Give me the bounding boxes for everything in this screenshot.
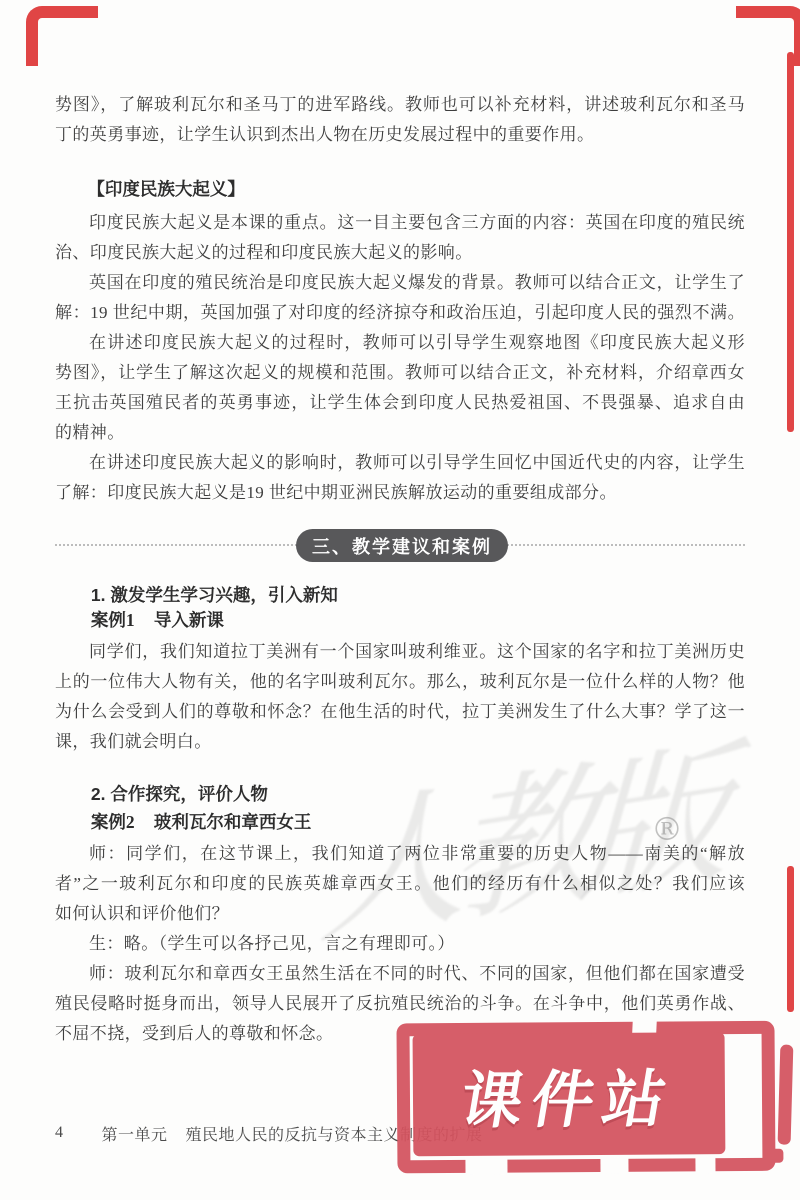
text-line: 殖民侵略时挺身而出，领导人民展开了反抗殖民统治的斗争。在斗争中，他们英勇作战、 [55, 989, 745, 1019]
text-line: 英国在印度的殖民统治是印度民族大起义爆发的背景。教师可以结合正文，让学生了 [55, 268, 745, 298]
text-line: 为什么会受到人们的尊敬和怀念？在他生活的时代，拉丁美洲发生了什么大事？学了这一 [55, 697, 745, 727]
stamp-frame-dab [778, 1045, 794, 1145]
intro-paragraph: 势图》，了解玻利瓦尔和圣马丁的进军路线。教师也可以补充材料，讲述玻利瓦尔和圣马 … [55, 90, 745, 150]
subsection-heading-2: 2. 合作探究，评价人物 [55, 781, 781, 807]
text-line: 课，我们就会明白。 [55, 727, 745, 757]
case1-title: 导入新课 [154, 610, 224, 630]
text-line: 的精神。 [55, 418, 745, 448]
case2-title: 玻利瓦尔和章西女王 [154, 812, 312, 832]
text-line: 如何认识和评价他们？ [55, 899, 745, 929]
page-number: 4 [55, 1124, 64, 1142]
text-line: 了解：印度民族大起义是19 世纪中期亚洲民族解放运动的重要组成部分。 [55, 478, 745, 508]
text-line: 印度民族大起义是本课的重点。这一目主要包含三方面的内容：英国在印度的殖民统 [55, 208, 745, 238]
frame-right-edge-line-upper [787, 52, 794, 432]
frame-right-edge-line-lower [787, 866, 794, 1012]
case1-label: 案例1 [91, 610, 135, 630]
case2-heading: 案例2玻利瓦尔和章西女王 [55, 809, 781, 835]
text-line: 者”之一玻利瓦尔和印度的民族英雄章西女王。他们的经历有什么相似之处？我们应该 [55, 869, 745, 899]
text-line: 师：同学们，在这节课上，我们知道了两位非常重要的历史人物——南美的“解放 [55, 839, 745, 869]
case2-label: 案例2 [91, 812, 135, 832]
text-line: 同学们，我们知道拉丁美洲有一个国家叫玻利维亚。这个国家的名字和拉丁美洲历史 [55, 637, 745, 667]
text-line: 生：略。（学生可以各抒己见，言之有理即可。） [55, 929, 745, 959]
text-line: 势图》，了解玻利瓦尔和圣马丁的进军路线。教师也可以补充材料，讲述玻利瓦尔和圣马 [55, 90, 745, 120]
stamp-inner-plate: 课件站 [413, 1032, 726, 1156]
document-page: 人教版 ® 势图》，了解玻利瓦尔和圣马丁的进军路线。教师也可以补充材料，讲述玻利… [0, 0, 800, 1200]
case1-paragraph: 同学们，我们知道拉丁美洲有一个国家叫玻利维亚。这个国家的名字和拉丁美洲历史 上的… [55, 637, 745, 757]
text-line: 解：19 世纪中期，英国加强了对印度的经济掠夺和政治压迫，引起印度人民的强烈不满… [55, 298, 745, 328]
section-banner: 三、教学建议和案例 [296, 529, 508, 562]
stamp-frame-break [600, 1158, 628, 1174]
stamp-text: 课件站 [455, 1049, 683, 1140]
text-line: 治、印度民族大起义的过程和印度民族大起义的影响。 [55, 238, 745, 268]
frame-corner-top-left-icon [26, 6, 98, 66]
text-line: 在讲述印度民族大起义的过程时，教师可以引导学生观察地图《印度民族大起义形 [55, 328, 745, 358]
subsection-heading-1: 1. 激发学生学习兴趣，引入新知 [55, 582, 781, 608]
stamp-frame-dab [767, 1149, 783, 1163]
case1-heading: 案例1导入新课 [55, 607, 781, 633]
paragraph-4: 在讲述印度民族大起义的影响时，教师可以引导学生回忆中国近代史的内容，让学生 了解… [55, 448, 745, 508]
text-line: 王抗击英国殖民者的英勇事迹，让学生体会到印度人民热爱祖国、不畏强暴、追求自由 [55, 388, 745, 418]
text-line: 在讲述印度民族大起义的影响时，教师可以引导学生回忆中国近代史的内容，让学生 [55, 448, 745, 478]
paragraph-2: 英国在印度的殖民统治是印度民族大起义爆发的背景。教师可以结合正文，让学生了 解：… [55, 268, 745, 328]
text-line: 丁的英勇事迹，让学生认识到杰出人物在历史发展过程中的重要作用。 [55, 120, 745, 150]
paragraph-3: 在讲述印度民族大起义的过程时，教师可以引导学生观察地图《印度民族大起义形 势图》… [55, 328, 745, 448]
text-line: 势图》，让学生了解这次起义的规模和范围。教师可以结合正文，补充材料，介绍章西女 [55, 358, 745, 388]
stamp-frame-break [465, 1157, 507, 1175]
case2-paragraph: 师：同学们，在这节课上，我们知道了两位非常重要的历史人物——南美的“解放 者”之… [55, 839, 745, 1049]
section-header-india-revolt: 【印度民族大起义】 [55, 176, 777, 202]
kejianzhan-stamp: 课件站 [394, 1019, 795, 1180]
text-line: 师：玻利瓦尔和章西女王虽然生活在不同的时代、不同的国家，但他们都在国家遭受 [55, 959, 745, 989]
stamp-frame-break [695, 1156, 715, 1173]
footer-unit-label: 第一单元 [102, 1122, 168, 1145]
text-line: 上的一位伟大人物有关，他的名字叫玻利瓦尔。那么，玻利瓦尔是一位什么样的人物？他 [55, 667, 745, 697]
paragraph-1: 印度民族大起义是本课的重点。这一目主要包含三方面的内容：英国在印度的殖民统 治、… [55, 208, 745, 268]
